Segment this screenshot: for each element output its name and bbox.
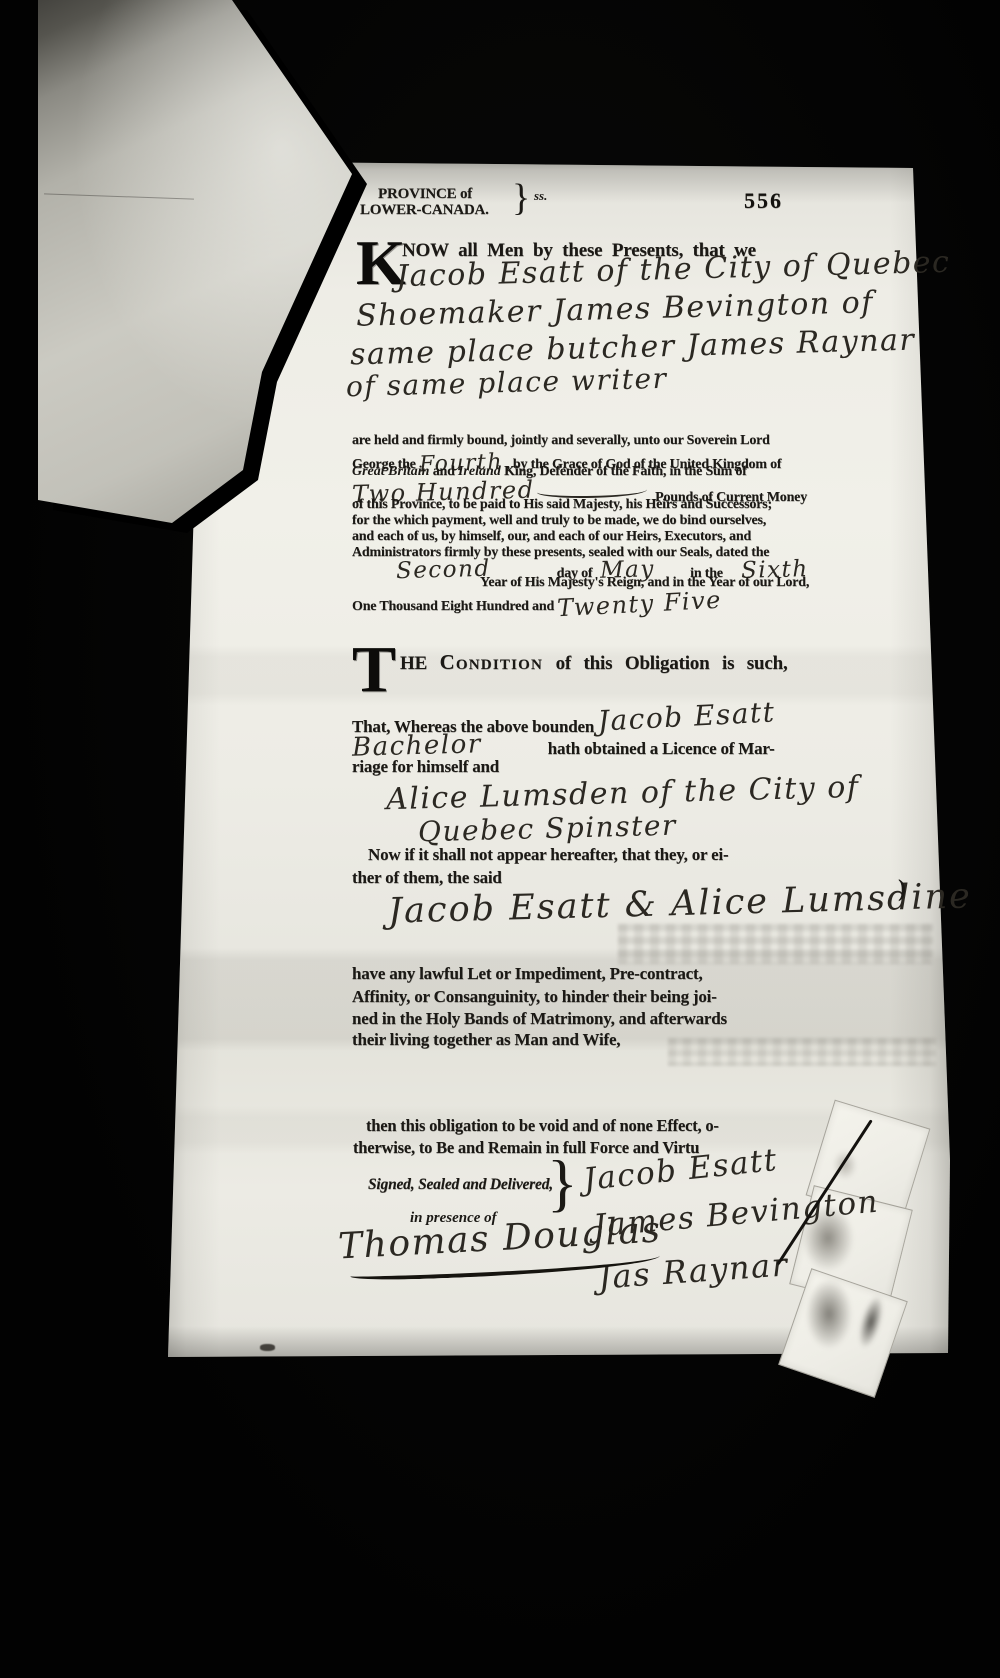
province-heading-line1: PROVINCE of	[378, 186, 472, 203]
bond-clause-line: of this Province, to be paid to His said…	[352, 497, 772, 513]
condition-proviso-line: Now if it shall not appear hereafter, th…	[368, 845, 728, 865]
signed-sealed-label: Signed, Sealed and Delivered,	[368, 1176, 553, 1194]
handwritten-parties-line: of same place writer	[346, 362, 668, 403]
impediment-line: Affinity, or Consanguinity, to hinder th…	[352, 987, 717, 1007]
document-content: PROVINCE of LOWER-CANADA. } ss. 556 K NO…	[0, 0, 1000, 1678]
closing-parenthesis: )	[898, 876, 906, 903]
scan-background: PROVINCE of LOWER-CANADA. } ss. 556 K NO…	[0, 0, 1000, 1678]
handwritten-bride-line: Quebec Spinster	[418, 809, 678, 849]
province-heading-line2: LOWER-CANADA.	[360, 202, 489, 219]
jurat-abbreviation: ss.	[534, 188, 547, 204]
execution-brace: }	[547, 1146, 578, 1220]
impediment-line: their living together as Man and Wife,	[352, 1030, 620, 1050]
bond-clause-line: and each of us, by himself, our, and eac…	[352, 529, 751, 545]
page-number: 556	[744, 188, 783, 214]
condition-marriage-line: riage for himself and	[352, 757, 499, 777]
impediment-line: ned in the Holy Bands of Matrimony, and …	[352, 1009, 727, 1029]
impediment-line: have any lawful Let or Impediment, Pre-c…	[352, 964, 703, 984]
bond-year-line: One Thousand Eight Hundred and Twenty Fi…	[352, 588, 722, 616]
bond-clause-line: are held and firmly bound, jointly and s…	[352, 433, 770, 449]
header-brace: }	[512, 176, 530, 220]
closing-clause-line: then this obligation to be void and of n…	[366, 1116, 719, 1136]
condition-heading: HE Condition of this Obligation is such,	[400, 650, 788, 675]
drop-cap-t: T	[352, 644, 396, 695]
condition-proviso-line: ther of them, the said	[352, 868, 502, 888]
bond-clause-line: for the which payment, well and truly to…	[352, 513, 766, 529]
